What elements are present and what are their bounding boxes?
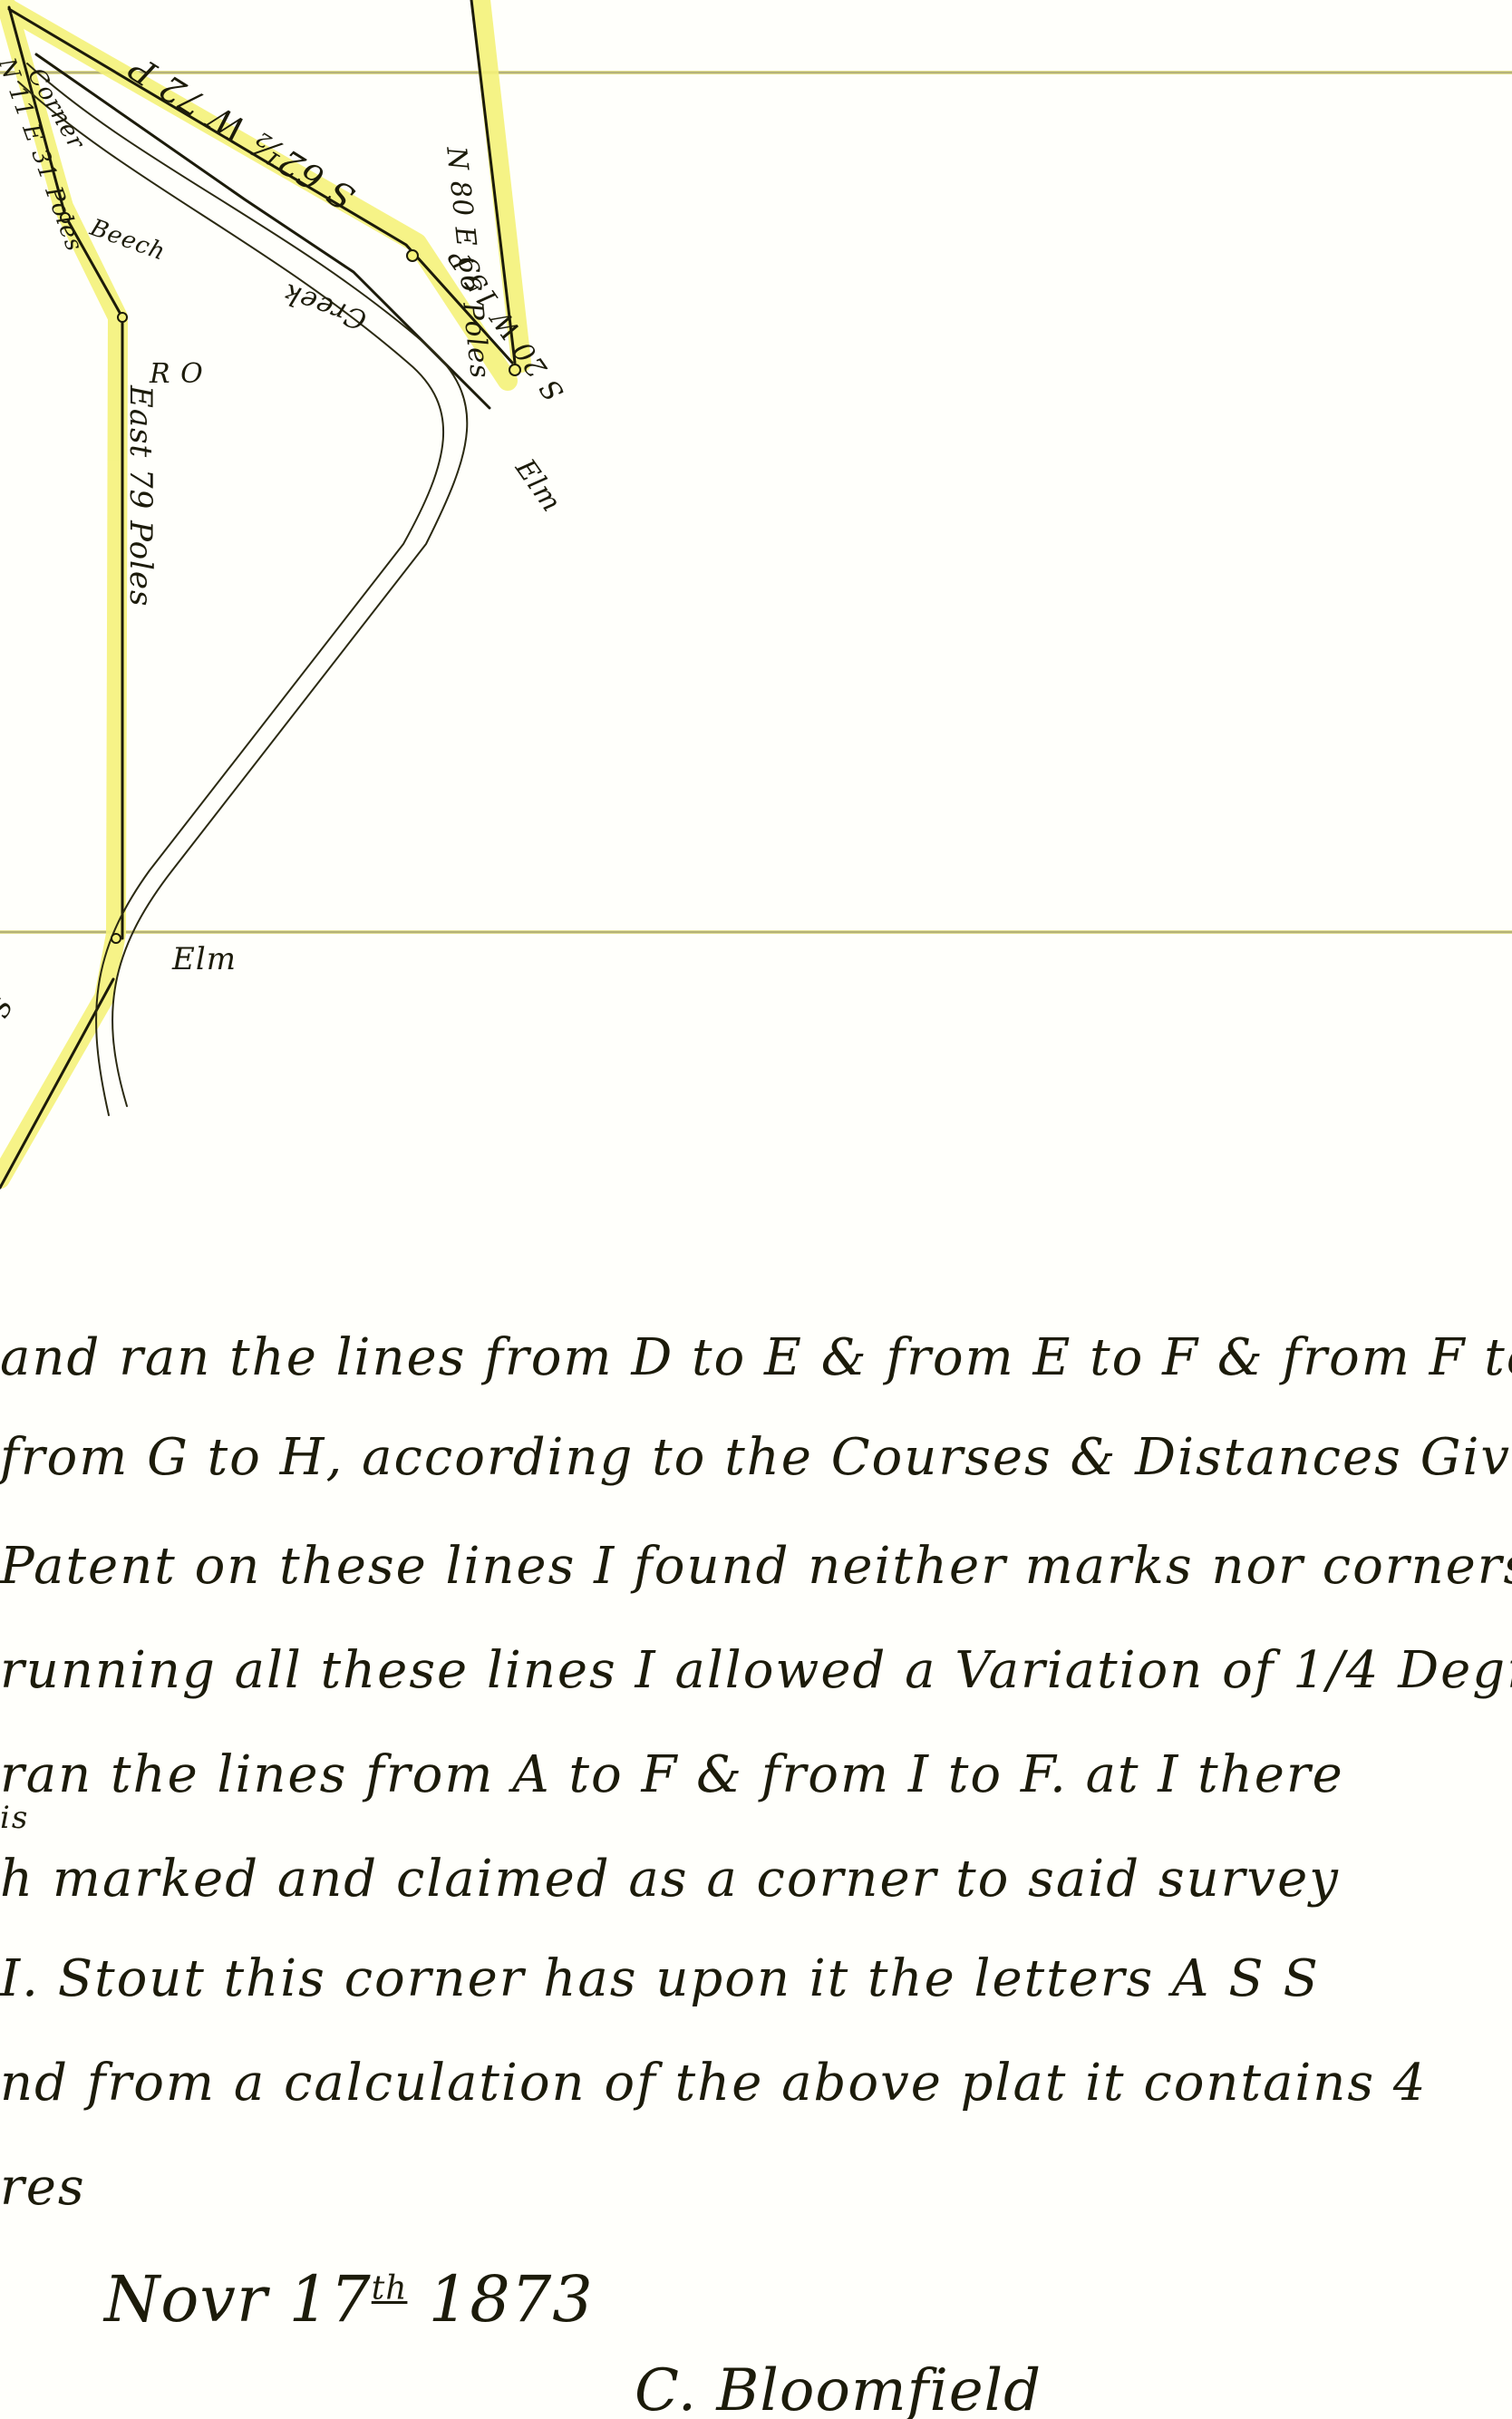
note-line-3: Patent on these lines I found neither ma… — [0, 1537, 1512, 1596]
survey-document: N 80 E 66 Poles S 62½ W 72 P S 20 W 15 P… — [0, 0, 1512, 2419]
date-day: 17 — [289, 2262, 372, 2336]
date-month: Novr — [104, 2262, 267, 2336]
note-line-6: is — [0, 1800, 29, 1836]
note-line-5: ran the lines from A to F & from I to F.… — [0, 1745, 1344, 1804]
survey-date: Novr 17th 1873 — [104, 2262, 594, 2336]
note-line-4: running all these lines I allowed a Vari… — [0, 1641, 1512, 1700]
date-suffix: th — [372, 2270, 408, 2307]
note-line-7: h marked and claimed as a corner to said… — [0, 1850, 1340, 1909]
note-line-10: res — [0, 2158, 86, 2217]
label-line-east: East 79 Poles — [122, 385, 159, 607]
note-line-8: I. Stout this corner has upon it the let… — [0, 1949, 1320, 2008]
note-line-1: and ran the lines from D to E & from E t… — [0, 1328, 1512, 1387]
label-elm-bottom: Elm — [172, 941, 237, 977]
surveyor-signature: C. Bloomfield — [635, 2357, 1042, 2419]
date-year: 1873 — [429, 2262, 594, 2336]
note-line-2: from G to H, according to the Courses & … — [0, 1428, 1512, 1487]
note-line-9: nd from a calculation of the above plat … — [0, 2054, 1428, 2113]
plat-map — [0, 0, 1512, 1269]
